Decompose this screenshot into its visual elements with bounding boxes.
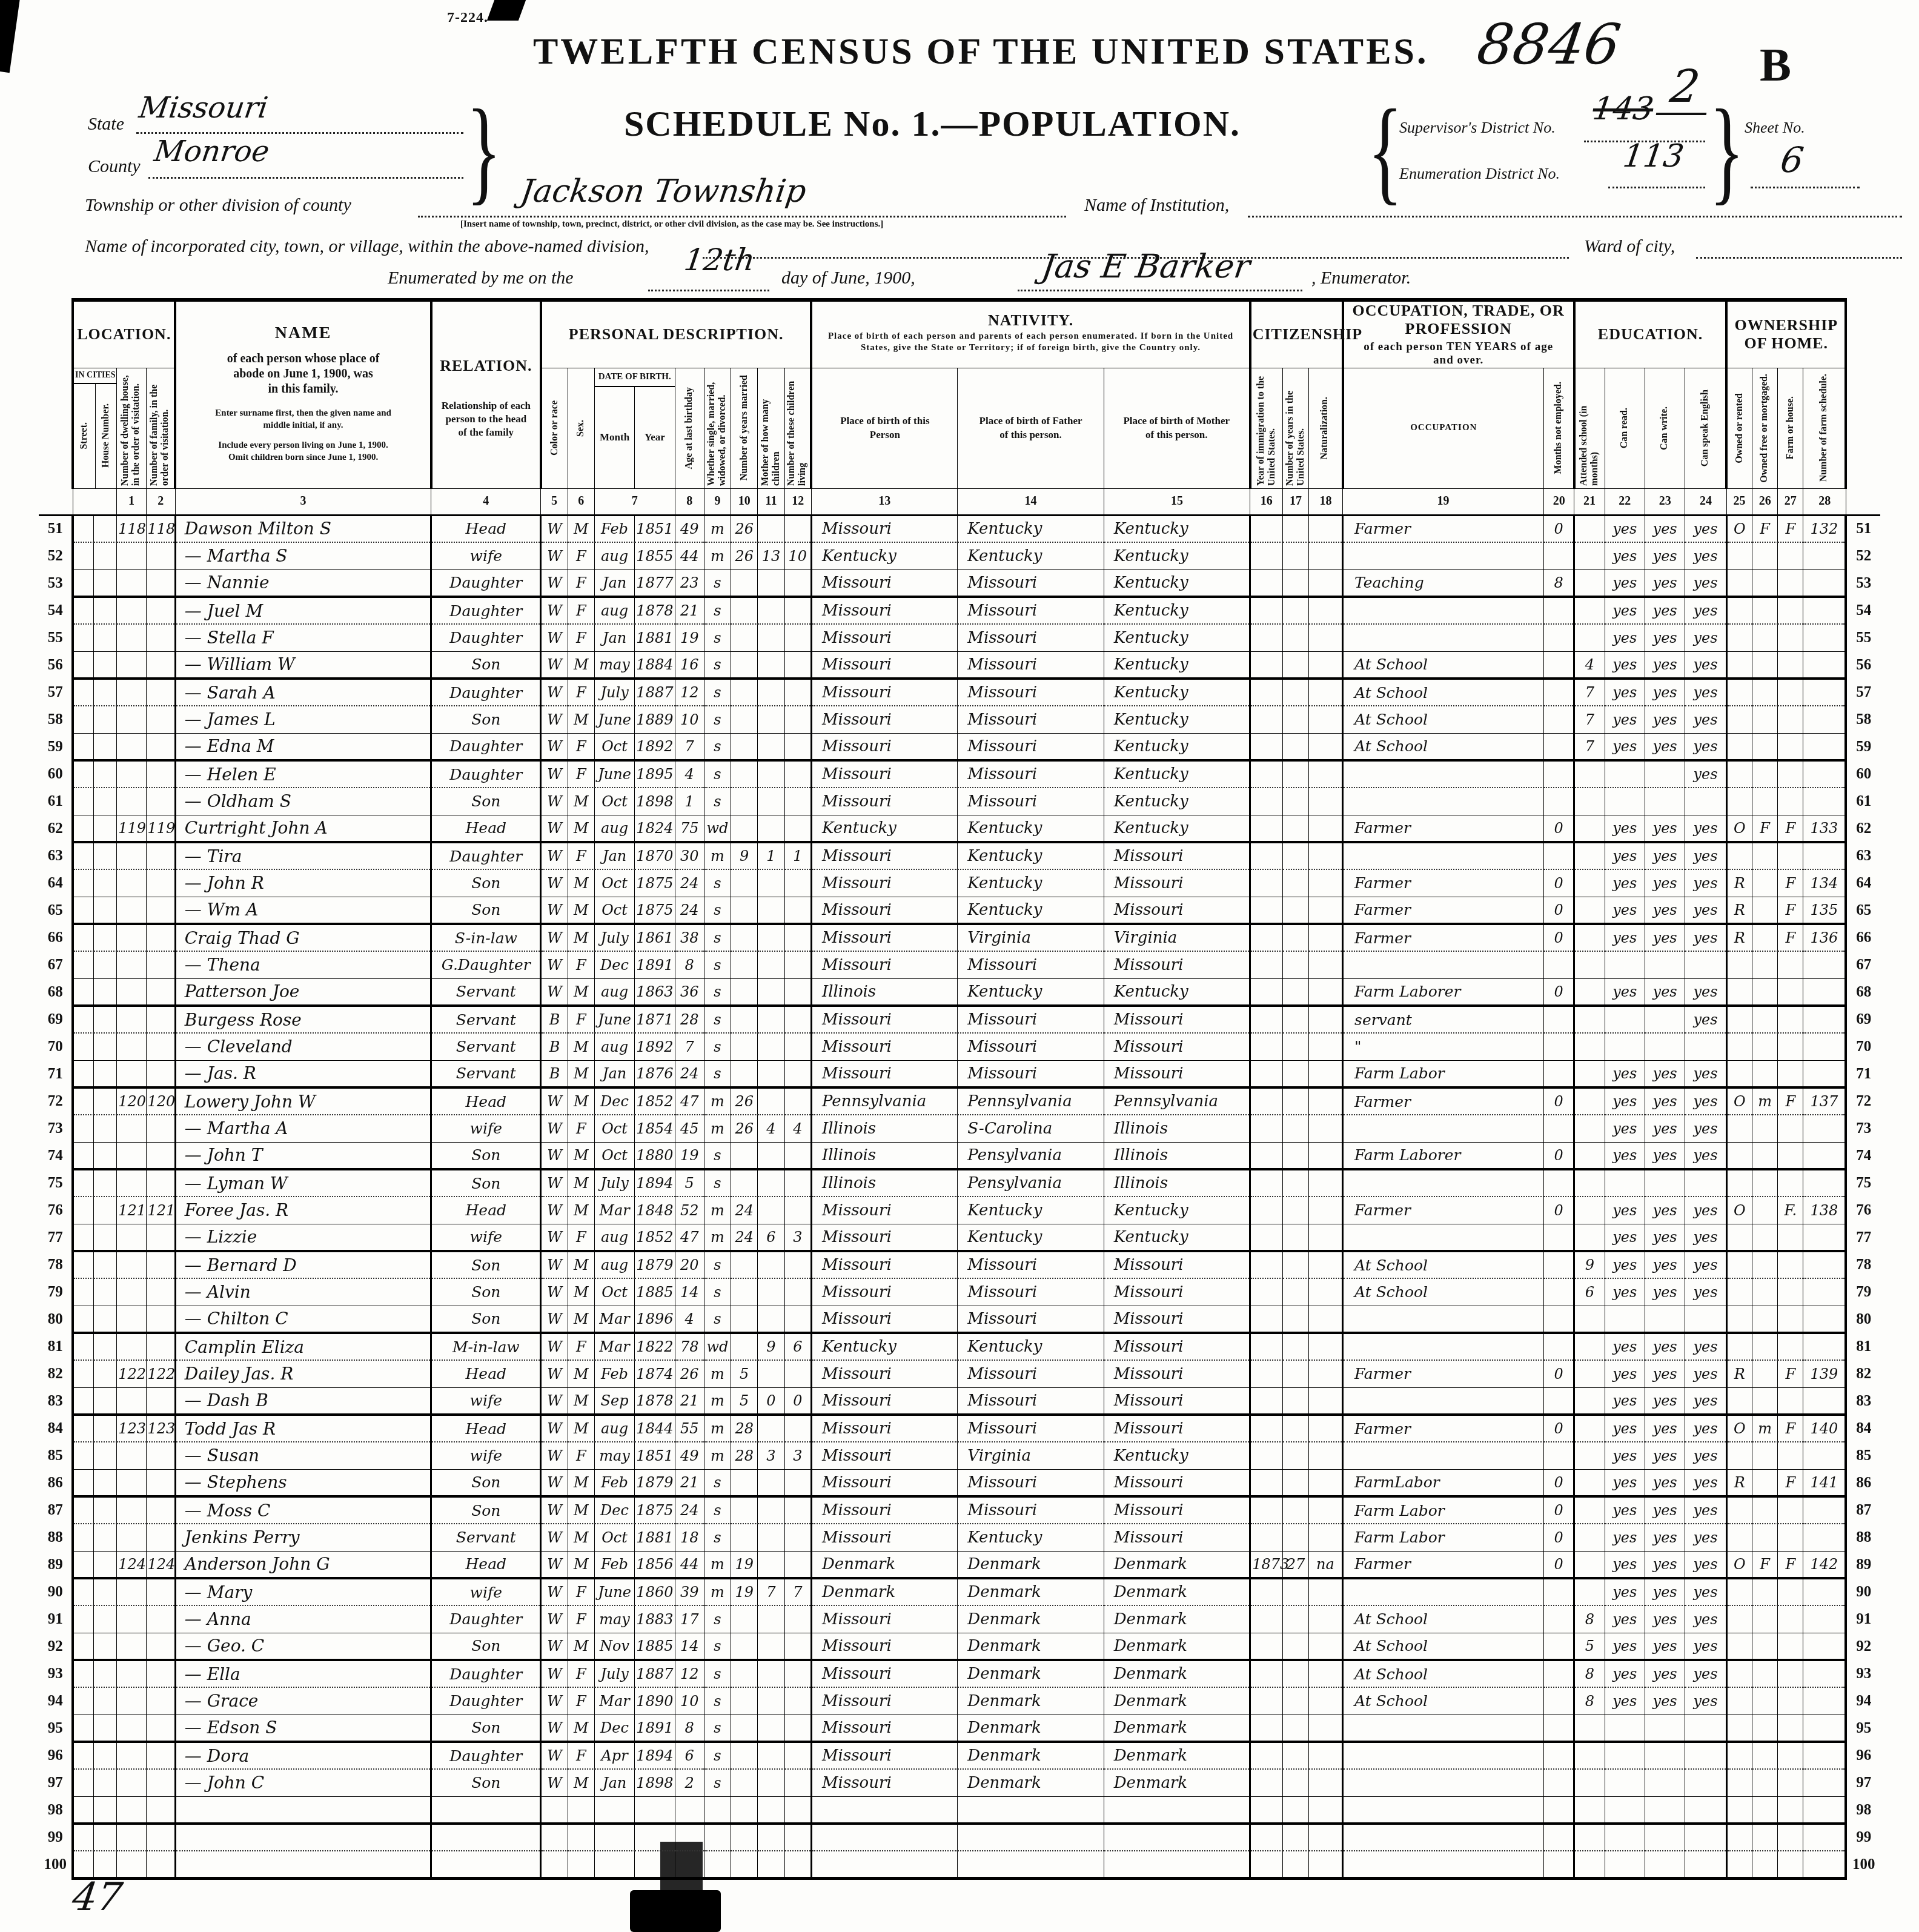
cell-years_us: [1283, 1115, 1308, 1142]
cell-house: [94, 1469, 117, 1496]
cell-can_write: [1645, 1851, 1685, 1878]
table-row: 51118118Dawson Milton SHeadWMFeb185149m2…: [39, 515, 1880, 542]
cell-mother_of: [758, 1769, 784, 1796]
cell-farm_house: [1778, 1496, 1803, 1524]
cell-owned: [1726, 1578, 1752, 1605]
cell-months_unemployed: 0: [1544, 1469, 1574, 1496]
cell-month: [594, 1796, 634, 1824]
cell-pob_mother: Kentucky: [1104, 597, 1250, 624]
cell-pob_mother: Kentucky: [1104, 624, 1250, 651]
cell-free_mortgaged: [1752, 569, 1778, 597]
cell-dwelling: [117, 1851, 146, 1878]
cell-sex: F: [568, 1660, 594, 1687]
cell-year: 1887: [635, 1660, 675, 1687]
cell-can_read: yes: [1605, 1633, 1645, 1660]
cell-can_write: yes: [1645, 1115, 1685, 1142]
cell-months_unemployed: [1544, 1169, 1574, 1197]
cell-dwelling: [117, 1660, 146, 1687]
bottom-note: 47: [70, 1875, 125, 1920]
cell-can_read: yes: [1605, 651, 1645, 679]
cell-pob_mother: Denmark: [1104, 1605, 1250, 1633]
cell-years_us: [1283, 1415, 1308, 1442]
cell-color: W: [541, 869, 568, 897]
cell-age: 24: [675, 1060, 704, 1087]
cell-family: [146, 1033, 175, 1060]
cell-owned: [1726, 706, 1752, 733]
cell-dwelling: [117, 1060, 146, 1087]
cell-children_living: [784, 1415, 811, 1442]
cell-pob: Missouri: [811, 1605, 957, 1633]
cell-mother_of: [758, 651, 784, 679]
row-number-right: 64: [1846, 869, 1880, 897]
cell-relation: wife: [431, 542, 541, 569]
cell-mother_of: [758, 1605, 784, 1633]
cell-street: [73, 1360, 93, 1387]
cell-pob: Missouri: [811, 624, 957, 651]
cell-can_english: yes: [1685, 1087, 1726, 1115]
cell-age: 47: [675, 1224, 704, 1251]
cell-farm_schedule: [1803, 624, 1846, 651]
table-row: 92— Geo. CSonWMNov188514sMissouriDenmark…: [39, 1633, 1880, 1660]
cell-school_months: [1574, 1442, 1605, 1469]
cell-pob: Illinois: [811, 978, 957, 1006]
cell-marital: s: [704, 1060, 731, 1087]
cell-naturalization: [1308, 1033, 1342, 1060]
cell-can_write: yes: [1645, 1633, 1685, 1660]
enumerator-value: Jas E Barker: [1039, 247, 1253, 285]
cell-naturalization: [1308, 1278, 1342, 1306]
cell-family: [146, 1333, 175, 1360]
column-number: 2: [146, 488, 175, 515]
cell-farm_house: [1778, 651, 1803, 679]
cell-name: [175, 1851, 431, 1878]
cell-dwelling: [117, 1224, 146, 1251]
cell-farm_schedule: [1803, 733, 1846, 760]
cell-farm_house: [1778, 1605, 1803, 1633]
cell-pob: Illinois: [811, 1169, 957, 1197]
cell-years_married: [731, 1851, 758, 1878]
cell-street: [73, 1687, 93, 1715]
cell-can_read: yes: [1605, 869, 1645, 897]
cell-house: [94, 1033, 117, 1060]
cell-years_us: [1283, 815, 1308, 842]
cell-months_unemployed: 0: [1544, 978, 1574, 1006]
cell-house: [94, 1360, 117, 1387]
cell-relation: Head: [431, 1087, 541, 1115]
cell-farm_schedule: 138: [1803, 1197, 1846, 1224]
name-note2: Include every person living on June 1, 1…: [177, 440, 428, 472]
cell-marital: m: [704, 842, 731, 869]
cell-dwelling: [117, 1033, 146, 1060]
cell-years_married: 26: [731, 1087, 758, 1115]
attended-school-label: Attended school (in months): [1574, 368, 1605, 488]
column-number: 19: [1343, 488, 1544, 515]
cell-year: 1879: [635, 1469, 675, 1496]
cell-year: 1881: [635, 1524, 675, 1551]
cell-children_living: [784, 1197, 811, 1224]
cell-age: 28: [675, 1006, 704, 1033]
cell-pob: [811, 1824, 957, 1851]
cell-street: [73, 1469, 93, 1496]
cell-children_living: [784, 1469, 811, 1496]
cell-school_months: [1574, 1469, 1605, 1496]
column-number: 22: [1605, 488, 1645, 515]
cell-house: [94, 1142, 117, 1169]
cell-year: 1856: [635, 1551, 675, 1578]
cell-mother_of: [758, 1197, 784, 1224]
cell-school_months: [1574, 1551, 1605, 1578]
cell-mother_of: [758, 1306, 784, 1333]
table-row: 57— Sarah ADaughterWFJuly188712sMissouri…: [39, 679, 1880, 706]
cell-dwelling: [117, 1715, 146, 1742]
cell-color: W: [541, 1442, 568, 1469]
cell-months_unemployed: [1544, 951, 1574, 978]
cell-can_write: [1645, 1742, 1685, 1769]
cell-can_read: yes: [1605, 1496, 1645, 1524]
cell-can_write: yes: [1645, 1197, 1685, 1224]
cell-age: 18: [675, 1524, 704, 1551]
cell-street: [73, 1060, 93, 1087]
cell-pob_father: Denmark: [958, 1633, 1104, 1660]
cell-farm_house: [1778, 1115, 1803, 1142]
cell-dwelling: 121: [117, 1197, 146, 1224]
cell-color: W: [541, 624, 568, 651]
cell-color: W: [541, 1605, 568, 1633]
cell-free_mortgaged: [1752, 1742, 1778, 1769]
cell-years_married: [731, 1033, 758, 1060]
in-cities-label: IN CITIES: [74, 368, 116, 384]
cell-sex: M: [568, 1306, 594, 1333]
cell-can_english: [1685, 1306, 1726, 1333]
cell-can_write: yes: [1645, 1360, 1685, 1387]
cell-school_months: [1574, 815, 1605, 842]
cell-marital: s: [704, 569, 731, 597]
cell-pob: Missouri: [811, 1224, 957, 1251]
cell-family: [146, 1796, 175, 1824]
cell-sex: F: [568, 597, 594, 624]
cell-house: [94, 1524, 117, 1551]
cell-family: 119: [146, 815, 175, 842]
cell-free_mortgaged: [1752, 1006, 1778, 1033]
cell-pob_father: Kentucky: [958, 842, 1104, 869]
cell-can_english: yes: [1685, 978, 1726, 1006]
cell-marital: s: [704, 1469, 731, 1496]
cell-farm_schedule: 140: [1803, 1415, 1846, 1442]
table-row: 67— ThenaG.DaughterWFDec18918sMissouriMi…: [39, 951, 1880, 978]
table-row: 66Craig Thad GS-in-lawWMJuly186138sMisso…: [39, 924, 1880, 951]
cell-pob: Missouri: [811, 1006, 957, 1033]
table-row: 65— Wm ASonWMOct187524sMissouriKentuckyM…: [39, 897, 1880, 924]
farm-house-label: Farm or house.: [1778, 368, 1803, 488]
brace: }: [466, 84, 502, 218]
cell-pob_mother: Illinois: [1104, 1169, 1250, 1197]
cell-years_married: [731, 1824, 758, 1851]
cell-family: [146, 1387, 175, 1415]
column-number: 14: [958, 488, 1104, 515]
cell-farm_schedule: 139: [1803, 1360, 1846, 1387]
cell-naturalization: [1308, 760, 1342, 788]
cell-pob_mother: Kentucky: [1104, 815, 1250, 842]
cell-school_months: [1574, 1006, 1605, 1033]
cell-months_unemployed: [1544, 706, 1574, 733]
cell-immigration: [1250, 1387, 1283, 1415]
column-number: 1: [117, 488, 146, 515]
cell-free_mortgaged: [1752, 1442, 1778, 1469]
cell-color: [541, 1851, 568, 1878]
cell-name: Patterson Joe: [175, 978, 431, 1006]
cell-year: 1852: [635, 1224, 675, 1251]
cell-year: 1852: [635, 1087, 675, 1115]
cell-relation: Son: [431, 788, 541, 815]
cell-owned: R: [1726, 897, 1752, 924]
cell-family: [146, 1442, 175, 1469]
cell-family: [146, 978, 175, 1006]
cell-can_english: yes: [1685, 924, 1726, 951]
cell-street: [73, 569, 93, 597]
cell-children_living: [784, 679, 811, 706]
cell-sex: M: [568, 1496, 594, 1524]
cell-years_us: [1283, 1660, 1308, 1687]
cell-street: [73, 624, 93, 651]
cell-street: [73, 1578, 93, 1605]
cell-naturalization: [1308, 515, 1342, 542]
cell-can_write: yes: [1645, 897, 1685, 924]
cell-farm_schedule: 133: [1803, 815, 1846, 842]
cell-can_read: yes: [1605, 924, 1645, 951]
table-row: 53— NannieDaughterWFJan187723sMissouriMi…: [39, 569, 1880, 597]
cell-age: 39: [675, 1578, 704, 1605]
row-number-right: 86: [1846, 1469, 1880, 1496]
children-living-label: Number of these children living: [784, 368, 811, 488]
cell-mother_of: [758, 1824, 784, 1851]
cell-farm_schedule: 134: [1803, 869, 1846, 897]
cell-pob: Missouri: [811, 1469, 957, 1496]
cell-years_married: 28: [731, 1442, 758, 1469]
cell-mother_of: [758, 869, 784, 897]
cell-mother_of: [758, 1169, 784, 1197]
cell-owned: R: [1726, 1469, 1752, 1496]
cell-pob: Missouri: [811, 1251, 957, 1278]
cell-sex: M: [568, 869, 594, 897]
cell-pob: Missouri: [811, 515, 957, 542]
cell-color: W: [541, 1660, 568, 1687]
cell-dwelling: [117, 1524, 146, 1551]
cell-school_months: [1574, 569, 1605, 597]
row-number-right: 52: [1846, 542, 1880, 569]
cell-mother_of: 9: [758, 1333, 784, 1360]
cell-months_unemployed: 0: [1544, 515, 1574, 542]
cell-name: [175, 1824, 431, 1851]
cell-immigration: [1250, 897, 1283, 924]
cell-family: [146, 1006, 175, 1033]
table-row: 87— Moss CSonWMDec187524sMissouriMissour…: [39, 1496, 1880, 1524]
table-row: 97— John CSonWMJan18982sMissouriDenmarkD…: [39, 1769, 1880, 1796]
cell-street: [73, 1715, 93, 1742]
cell-occupation: [1343, 1169, 1544, 1197]
cell-mother_of: [758, 1278, 784, 1306]
cell-dwelling: [117, 1306, 146, 1333]
column-number: 18: [1308, 488, 1342, 515]
cell-house: [94, 1169, 117, 1197]
immigration-label: Year of immigration to the United States…: [1250, 368, 1283, 488]
row-number-right: 55: [1846, 624, 1880, 651]
cell-name: — Oldham S: [175, 788, 431, 815]
cell-farm_house: F: [1778, 1551, 1803, 1578]
cell-months_unemployed: [1544, 1060, 1574, 1087]
age-label: Age at last birthday: [675, 368, 704, 488]
cell-months_unemployed: [1544, 1333, 1574, 1360]
cell-years_married: 24: [731, 1224, 758, 1251]
cell-farm_house: [1778, 1524, 1803, 1551]
cell-mother_of: 0: [758, 1387, 784, 1415]
cell-family: [146, 951, 175, 978]
row-number-left: 82: [39, 1360, 73, 1387]
county-value: Monroe: [152, 134, 271, 168]
cell-pob_father: [958, 1851, 1104, 1878]
cell-year: 1894: [635, 1169, 675, 1197]
table-row: 71— Jas. RServantBMJan187624sMissouriMis…: [39, 1060, 1880, 1087]
cell-months_unemployed: [1544, 1006, 1574, 1033]
cell-years_married: [731, 1496, 758, 1524]
cell-year: 1848: [635, 1197, 675, 1224]
cell-farm_house: F: [1778, 869, 1803, 897]
cell-owned: [1726, 842, 1752, 869]
cell-relation: Daughter: [431, 597, 541, 624]
cell-school_months: 6: [1574, 1278, 1605, 1306]
column-number: 28: [1803, 488, 1846, 515]
cell-color: W: [541, 597, 568, 624]
cell-years_us: [1283, 1006, 1308, 1033]
cell-months_unemployed: [1544, 1824, 1574, 1851]
cell-family: [146, 869, 175, 897]
cell-can_english: yes: [1685, 1278, 1726, 1306]
cell-pob_father: Denmark: [958, 1769, 1104, 1796]
cell-family: [146, 706, 175, 733]
cell-house: [94, 788, 117, 815]
cell-name: — Wm A: [175, 897, 431, 924]
cell-children_living: [784, 760, 811, 788]
cell-occupation: [1343, 760, 1544, 788]
dob-block: DATE OF BIRTH. Month Year: [594, 368, 675, 488]
row-number-right: 67: [1846, 951, 1880, 978]
cell-can_english: yes: [1685, 1006, 1726, 1033]
cell-name: — John T: [175, 1142, 431, 1169]
cell-years_married: [731, 1742, 758, 1769]
cell-owned: [1726, 1060, 1752, 1087]
row-number-right: 92: [1846, 1633, 1880, 1660]
cell-house: [94, 1278, 117, 1306]
page-title: TWELFTH CENSUS OF THE UNITED STATES.: [533, 30, 1429, 73]
cell-occupation: [1343, 1224, 1544, 1251]
cell-mother_of: [758, 733, 784, 760]
cell-immigration: [1250, 569, 1283, 597]
cell-naturalization: [1308, 1360, 1342, 1387]
table-row: 88Jenkins PerryServantWMOct188118sMissou…: [39, 1524, 1880, 1551]
cell-years_married: [731, 651, 758, 679]
cell-sex: M: [568, 978, 594, 1006]
cell-can_write: yes: [1645, 1660, 1685, 1687]
cell-year: 1896: [635, 1306, 675, 1333]
cell-years_married: [731, 1769, 758, 1796]
cell-free_mortgaged: [1752, 924, 1778, 951]
brace: {: [1368, 84, 1403, 218]
row-number-left: 91: [39, 1605, 73, 1633]
cell-family: 120: [146, 1087, 175, 1115]
name-title: NAME: [177, 317, 428, 351]
naturalization-label: Naturalization.: [1308, 368, 1342, 488]
cell-dwelling: [117, 706, 146, 733]
cell-marital: s: [704, 1633, 731, 1660]
cell-occupation: [1343, 1851, 1544, 1878]
cell-sex: M: [568, 1524, 594, 1551]
cell-years_us: [1283, 1796, 1308, 1824]
cell-can_english: yes: [1685, 1142, 1726, 1169]
cell-naturalization: [1308, 1115, 1342, 1142]
cell-immigration: 1873: [1250, 1551, 1283, 1578]
cell-pob_mother: Kentucky: [1104, 1197, 1250, 1224]
cell-can_write: yes: [1645, 651, 1685, 679]
cell-can_write: yes: [1645, 1687, 1685, 1715]
row-number-left: 55: [39, 624, 73, 651]
cell-children_living: [784, 1060, 811, 1087]
cell-farm_schedule: 142: [1803, 1551, 1846, 1578]
cell-months_unemployed: 0: [1544, 897, 1574, 924]
cell-age: 78: [675, 1333, 704, 1360]
cell-pob_father: Virginia: [958, 1442, 1104, 1469]
cell-pob_father: Pennsylvania: [958, 1087, 1104, 1115]
cell-school_months: [1574, 1197, 1605, 1224]
cell-school_months: [1574, 897, 1605, 924]
cell-name: — Edna M: [175, 733, 431, 760]
cell-naturalization: [1308, 1824, 1342, 1851]
cell-years_us: [1283, 1633, 1308, 1660]
cell-relation: [431, 1824, 541, 1851]
cell-family: [146, 1496, 175, 1524]
cell-occupation: [1343, 597, 1544, 624]
cell-color: B: [541, 1033, 568, 1060]
page-header: 7-224. TWELFTH CENSUS OF THE UNITED STAT…: [0, 0, 1919, 297]
cell-pob_mother: Missouri: [1104, 1469, 1250, 1496]
cell-can_english: yes: [1685, 815, 1726, 842]
cell-street: [73, 1306, 93, 1333]
cell-mother_of: [758, 1087, 784, 1115]
cell-name: — Sarah A: [175, 679, 431, 706]
row-number-right: 70: [1846, 1033, 1880, 1060]
cell-free_mortgaged: [1752, 1578, 1778, 1605]
cell-farm_schedule: [1803, 1578, 1846, 1605]
cell-marital: s: [704, 1278, 731, 1306]
cell-immigration: [1250, 624, 1283, 651]
cell-free_mortgaged: [1752, 1851, 1778, 1878]
cell-can_read: yes: [1605, 733, 1645, 760]
cell-months_unemployed: [1544, 597, 1574, 624]
cell-pob: Missouri: [811, 1387, 957, 1415]
cell-school_months: 4: [1574, 651, 1605, 679]
cell-farm_schedule: [1803, 1060, 1846, 1087]
cell-color: W: [541, 733, 568, 760]
cell-name: — Tira: [175, 842, 431, 869]
cell-pob_father: Kentucky: [958, 978, 1104, 1006]
cell-marital: m: [704, 515, 731, 542]
cell-pob_father: S-Carolina: [958, 1115, 1104, 1142]
cell-years_us: [1283, 1824, 1308, 1851]
cell-free_mortgaged: [1752, 869, 1778, 897]
cell-family: [146, 1769, 175, 1796]
cell-years_us: [1283, 733, 1308, 760]
cell-month: July: [594, 679, 634, 706]
cell-occupation: ": [1343, 1033, 1544, 1060]
row-number-right: 85: [1846, 1442, 1880, 1469]
